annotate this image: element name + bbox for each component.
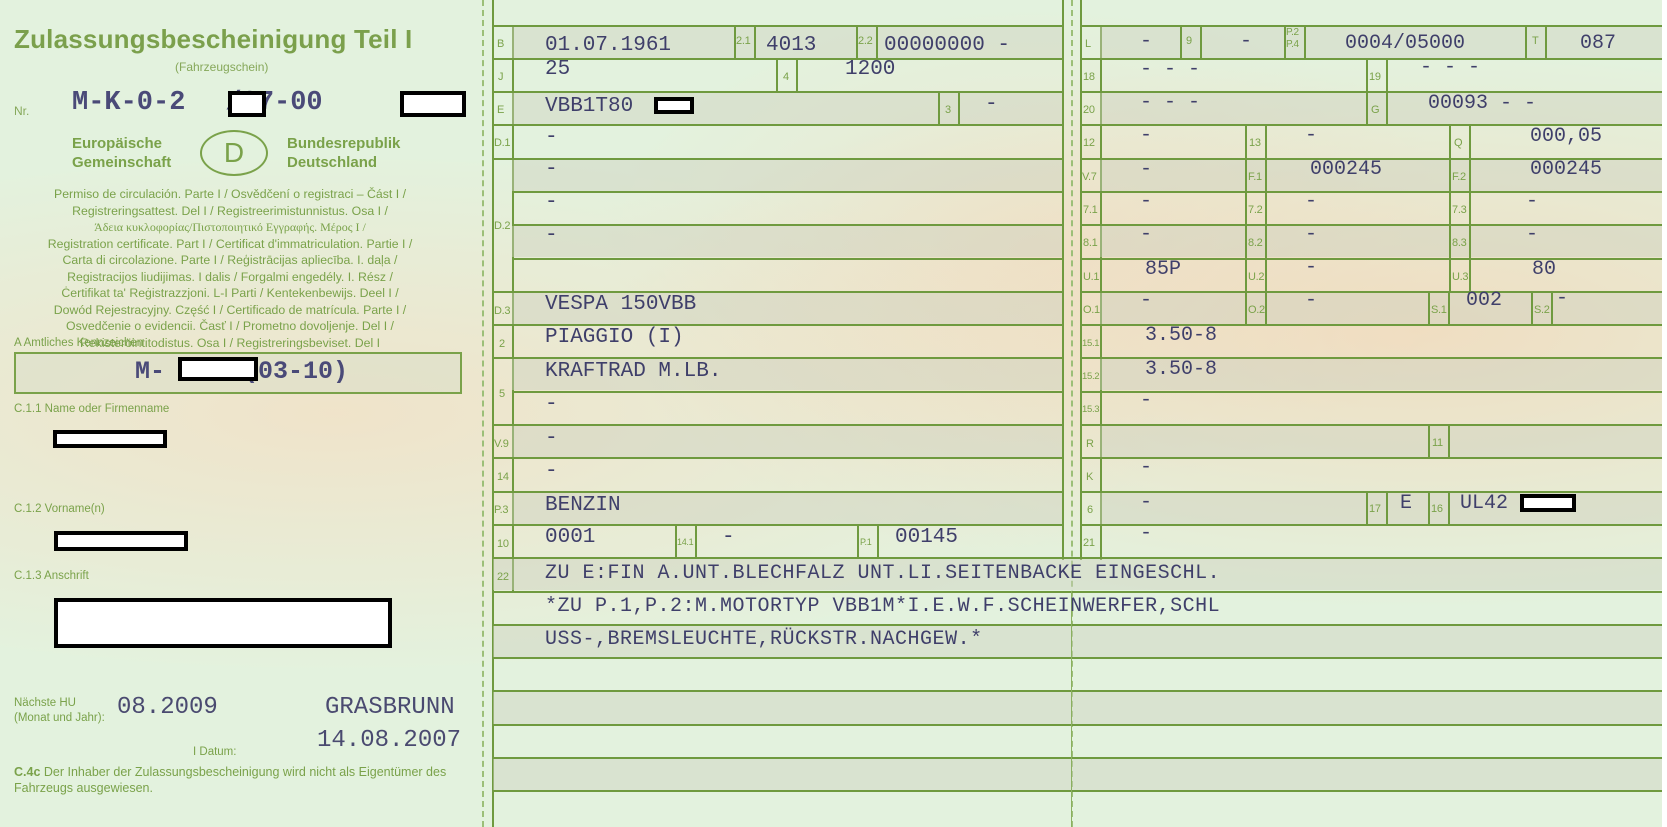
eu-label: Europäische Gemeinschaft (72, 134, 171, 172)
power-weight-ratio: 000,05 (1530, 125, 1602, 148)
field-label-p4: P.4 (1286, 39, 1299, 51)
field-label-14: 14 (497, 471, 509, 483)
type-variant-line: - (545, 224, 558, 247)
field-label-2-2: 2.2 (858, 35, 872, 47)
footnote: C.4c Der Inhaber der Zulassungsbescheini… (14, 764, 454, 796)
commercial-name: VESPA 150VBB (545, 293, 696, 316)
field-label-d1: D.1 (494, 137, 510, 149)
field-label-9: 9 (1186, 35, 1192, 47)
field-label-20: 20 (1083, 104, 1095, 116)
field-label-4: 4 (783, 71, 789, 83)
field-label-s1: S.1 (1431, 304, 1447, 316)
field-label-5: 5 (499, 388, 505, 400)
field-label-e: E (497, 104, 504, 116)
axle-load-2: - (1305, 190, 1317, 213)
field-label-t: T (1532, 35, 1538, 47)
country-oval-icon: D (200, 130, 268, 176)
grid-line (1080, 0, 1082, 560)
type-code: 00000000 - (884, 34, 1010, 57)
displacement: 00145 (895, 526, 958, 549)
axle-load-permitted-3: - (1526, 223, 1538, 246)
drive-by-noise: 80 (1532, 258, 1556, 281)
document-subtitle: (Fahrzeugschein) (175, 60, 268, 74)
type-approval-number: - (1140, 456, 1152, 479)
field-label-l: L (1085, 38, 1091, 50)
stationary-noise: 85P (1145, 258, 1181, 281)
field-label-u1: U.1 (1083, 271, 1099, 283)
page-edge (1662, 0, 1667, 827)
translation-line: Permiso de circulación. Parte I / Osvědč… (14, 186, 446, 203)
field-label-p2-p4: P.2 P.4 (1286, 27, 1299, 51)
trailer-load-unbraked: - (1305, 289, 1317, 312)
max-mass-technical: 000245 (1310, 158, 1382, 181)
field-label-8-1: 8.1 (1083, 237, 1097, 249)
max-speed: 087 (1580, 32, 1616, 55)
issue-date: 14.08.2007 (317, 727, 461, 754)
translation-line: Registration certificate. Part I / Certi… (14, 236, 446, 253)
type-variant-line: - (545, 191, 558, 214)
translation-line: Άδεια κυκλοφορίας/Πιστοποιητικό Εγγραφής… (14, 219, 446, 236)
date-label: I Datum: (193, 746, 236, 758)
axle-load-permitted-1: - (1140, 223, 1152, 246)
co2: - (1140, 158, 1152, 181)
field-label-7-3: 7.3 (1452, 204, 1466, 216)
translations-block: Permiso de circulación. Parte I / Osvědč… (14, 186, 446, 351)
field-label-v7: V.7 (1082, 171, 1097, 183)
manufacturer-name: PIAGGIO (I) (545, 326, 684, 349)
document-number: M-K-0-2/07-00 (72, 88, 323, 118)
vehicle-type-line: KRAFTRAD M.LB. (545, 360, 721, 383)
name-label: C.1.1 Name oder Firmenname (14, 403, 169, 415)
field-label-f2: F.2 (1452, 171, 1466, 183)
axle-load-3: - (1526, 190, 1538, 213)
width: - - - (1420, 56, 1480, 79)
brd-line-2: Deutschland (287, 153, 400, 172)
redaction-box (54, 531, 188, 551)
field-label-12: 12 (1083, 137, 1095, 149)
plate-prefix: M- (135, 357, 165, 386)
translation-line: Dowód Rejestracyjny. Część I / Certifica… (14, 302, 446, 319)
field-label-3: 3 (945, 104, 951, 116)
field-label-8-3: 8.3 (1452, 237, 1466, 249)
field-label-8-2: 8.2 (1248, 237, 1262, 249)
field-label-b: B (497, 38, 504, 50)
redaction-box (654, 97, 694, 114)
firstname-label: C.1.2 Vorname(n) (14, 503, 105, 515)
noise-rpm: - (1305, 256, 1317, 279)
emission-code: 0001 (545, 526, 595, 549)
issuing-place: GRASBRUNN (325, 694, 455, 721)
grid-line (1062, 0, 1064, 560)
tank-volume: - (1140, 124, 1152, 147)
field-label-u2: U.2 (1248, 271, 1264, 283)
field-label-17: 17 (1369, 503, 1381, 515)
tyres-axle-2: 3.50-8 (1145, 358, 1217, 381)
approval-type: E (1400, 492, 1412, 515)
length: - - - (1140, 58, 1200, 81)
field-label-p2: P.2 (1286, 27, 1299, 39)
axle-load-permitted-2: - (1305, 223, 1317, 246)
field-label-v9: V.9 (494, 438, 509, 450)
trailer-load-braked: - (1140, 289, 1152, 312)
power-rpm: 0004/05000 (1345, 32, 1465, 55)
fold-line (482, 0, 484, 827)
field-label-13: 13 (1249, 137, 1261, 149)
axles-count: - (1140, 30, 1152, 53)
brand: - (545, 126, 558, 149)
redaction-box (400, 91, 466, 117)
field-label-f1: F.1 (1248, 171, 1262, 183)
remarks-line: ZU E:FIN A.UNT.BLECHFALZ UNT.LI.SEITENBA… (545, 562, 1220, 585)
field-label-21: 21 (1083, 537, 1095, 549)
translation-line: Carta di circolazione. Parte I / Reģistr… (14, 252, 446, 269)
remarks-line: *ZU P.1,P.2:M.MOTORTYP VBB1M*I.E.W.F.SCH… (545, 595, 1220, 618)
axle-load-1: - (1140, 190, 1152, 213)
field-label-u3: U.3 (1452, 271, 1468, 283)
hu-label-line-2: (Monat und Jahr): (14, 711, 105, 726)
field-label-d3: D.3 (494, 305, 510, 317)
brd-line-1: Bundesrepublik (287, 134, 400, 153)
empty-weight: 00093 - - (1428, 92, 1536, 115)
footnote-text: Der Inhaber der Zulassungsbescheinigung … (14, 765, 446, 795)
vehicle-class: 25 (545, 58, 570, 81)
field-label-15-3: 15.3 (1082, 404, 1099, 415)
plate-label: A Amtliches Kennzeichen (14, 337, 143, 349)
first-registration-date: 01.07.1961 (545, 34, 671, 57)
field-label-11: 11 (1432, 437, 1443, 449)
field-label-16: 16 (1431, 503, 1443, 515)
vehicle-type-line: - (545, 393, 558, 416)
eu-line-2: Gemeinschaft (72, 153, 171, 172)
footnote-code: C.4c (14, 765, 40, 779)
redaction-box (228, 91, 266, 117)
fuel-type: BENZIN (545, 494, 621, 517)
field-label-k: K (1086, 471, 1093, 483)
redaction-box (178, 357, 258, 381)
field-label-g: G (1371, 104, 1379, 116)
document-number-prefix: M-K-0-2 (72, 88, 185, 118)
emission-class: - (545, 427, 558, 450)
vin: VBB1T80 (545, 95, 633, 118)
field-label-6: 6 (1087, 504, 1093, 516)
plate-suffix: (03-10) (243, 357, 348, 386)
redaction-box (1520, 494, 1576, 512)
tyres-axle-1: 3.50-8 (1145, 324, 1217, 347)
field-label-j: J (498, 71, 503, 83)
body-type: 1200 (845, 58, 895, 81)
field-label-q: Q (1454, 137, 1462, 149)
emission-class-code: - (722, 526, 735, 549)
height: - - - (1140, 91, 1200, 114)
field-label-14-1: 14.1 (677, 537, 693, 547)
manufacturer-code: 4013 (766, 34, 816, 57)
field-label-19: 19 (1369, 71, 1381, 83)
translation-line: Ċertifikat ta' Reġistrazzjoni. L-I Parti… (14, 285, 446, 302)
field-label-7-2: 7.2 (1248, 204, 1262, 216)
max-mass-permitted: 000245 (1530, 158, 1602, 181)
field-label-15-2: 15.2 (1082, 371, 1099, 382)
emission-designation: - (545, 460, 558, 483)
field-label-15-1: 15.1 (1082, 338, 1099, 349)
remarks-short: - (1140, 522, 1152, 545)
driven-axles: - (1240, 30, 1252, 53)
field-label-o2: O.2 (1248, 304, 1265, 316)
certificate-number: UL42 (1460, 492, 1508, 515)
field-label-18: 18 (1083, 71, 1095, 83)
field-label-2-1: 2.1 (736, 35, 750, 47)
standing-places: - (1556, 287, 1568, 310)
address-label: C.1.3 Anschrift (14, 570, 89, 582)
translation-line: Osvedčenie o evidencii. Časť I / Prometn… (14, 318, 446, 335)
field-label-22: 22 (497, 571, 509, 583)
next-inspection-value: 08.2009 (117, 694, 218, 721)
field-label-o1: O.1 (1083, 304, 1100, 316)
field-label-7-1: 7.1 (1083, 204, 1097, 216)
tyres-axle-3: - (1140, 389, 1152, 412)
translation-line: Registreringsattest. Del I / Registreeri… (14, 203, 446, 220)
hu-label: Nächste HU (Monat und Jahr): (14, 696, 105, 726)
redaction-box (53, 430, 167, 448)
eu-line-1: Europäische (72, 134, 171, 153)
field-label-r: R (1086, 438, 1094, 450)
remarks-line: USS-,BREMSLEUCHTE,RÜCKSTR.NACHGEW.* (545, 628, 983, 651)
seats: 002 (1466, 289, 1502, 312)
nr-label: Nr. (14, 104, 29, 118)
redaction-box (54, 598, 392, 648)
field-label-d2: D.2 (494, 220, 510, 232)
field-label-10: 10 (497, 538, 509, 550)
field-label-p1: P.1 (860, 537, 871, 547)
document-title: Zulassungsbescheinigung Teil I (14, 24, 412, 55)
field-label-2: 2 (499, 338, 505, 350)
brd-label: Bundesrepublik Deutschland (287, 134, 400, 172)
field-label-s2: S.2 (1534, 304, 1550, 316)
support-load: - (1305, 124, 1317, 147)
type-approval-date: - (1140, 491, 1152, 514)
field-label-p3: P.3 (494, 504, 508, 516)
hu-label-line-1: Nächste HU (14, 696, 105, 711)
vin-check-digit: - (985, 93, 998, 116)
translation-line: Registracijos liudijimas. I dalis / Forg… (14, 269, 446, 286)
type-variant-line: - (545, 158, 558, 181)
